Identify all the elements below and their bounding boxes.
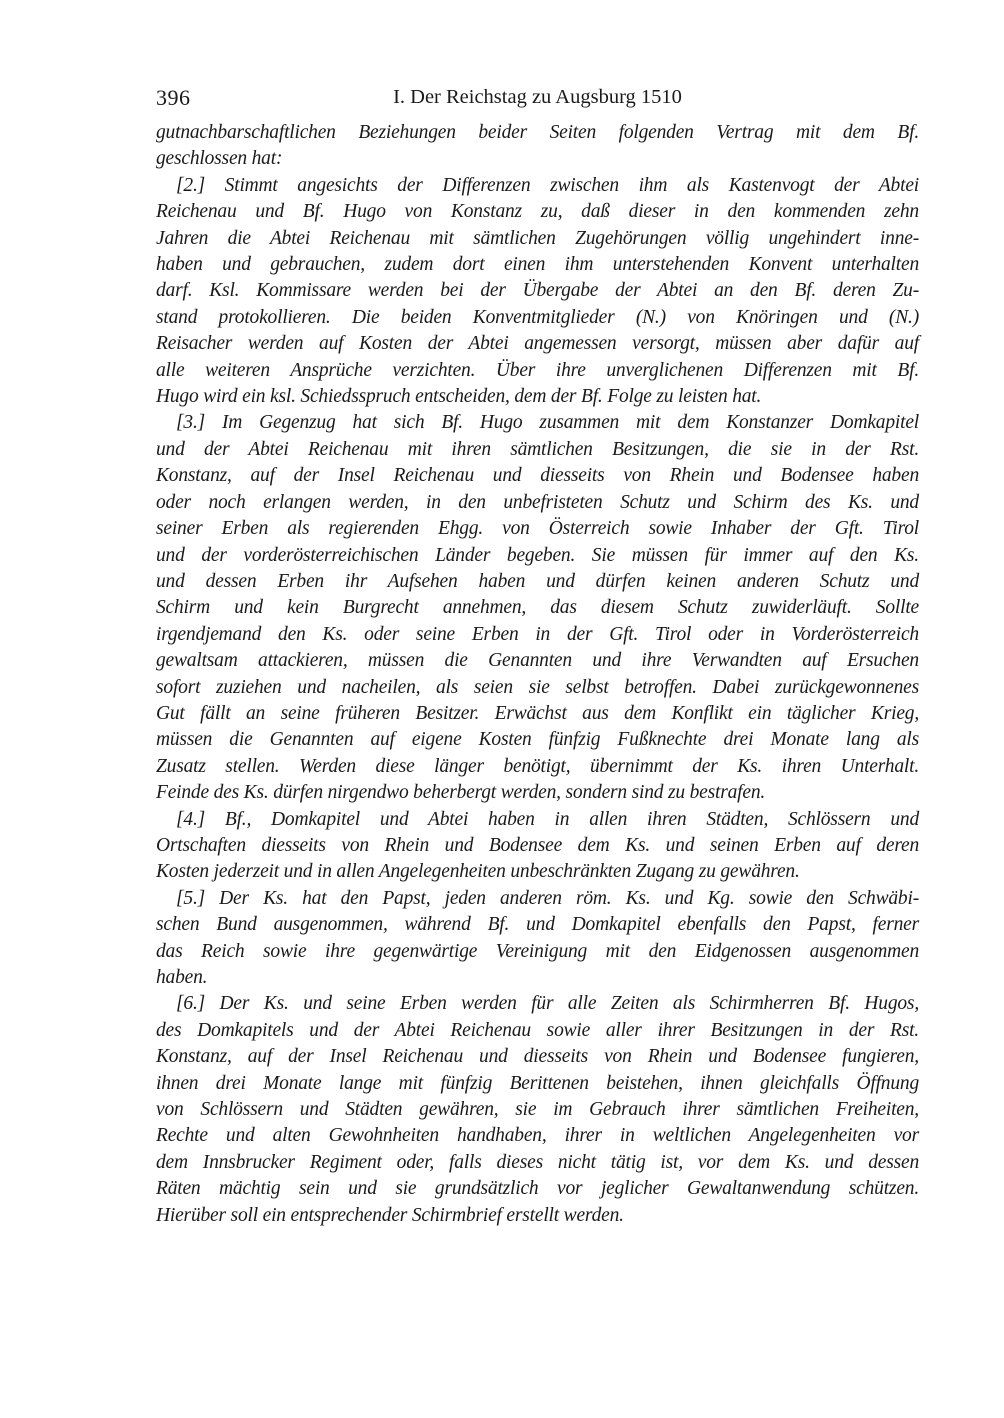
text-line: und der Abtei Reichenau mit ihren sämtli…	[156, 437, 919, 463]
page-number: 396	[156, 85, 191, 111]
paragraph: [6.] Der Ks. und seine Erben werden für …	[156, 991, 919, 1229]
text-line: Räten mächtig sein und sie grundsätzlich…	[156, 1176, 919, 1202]
text-line: [3.] Im Gegenzug hat sich Bf. Hugo zusam…	[156, 410, 919, 436]
text-line: haben und gebrauchen, zudem dort einen i…	[156, 252, 919, 278]
text-line: gutnachbarschaftlichen Beziehungen beide…	[156, 120, 919, 146]
text-line: schen Bund ausgenommen, während Bf. und …	[156, 912, 919, 938]
text-line: darf. Ksl. Kommissare werden bei der Übe…	[156, 278, 919, 304]
text-line: Reichenau und Bf. Hugo von Konstanz zu, …	[156, 199, 919, 225]
text-line: oder noch erlangen werden, in den unbefr…	[156, 490, 919, 516]
text-line: Konstanz, auf der Insel Reichenau und di…	[156, 463, 919, 489]
text-line: Gut fällt an seine früheren Besitzer. Er…	[156, 701, 919, 727]
paragraph: [4.] Bf., Domkapitel und Abtei haben in …	[156, 807, 919, 886]
text-line: des Domkapitels und der Abtei Reichenau …	[156, 1018, 919, 1044]
text-line: Schirm und kein Burgrecht annehmen, das …	[156, 595, 919, 621]
text-line: Kosten jederzeit und in allen Angelegenh…	[156, 859, 919, 885]
text-line: Ortschaften diesseits von Rhein und Bode…	[156, 833, 919, 859]
book-page: 396 I. Der Reichstag zu Augsburg 1510 gu…	[0, 0, 1004, 1418]
text-line: irgendjemand den Ks. oder seine Erben in…	[156, 622, 919, 648]
text-line: [4.] Bf., Domkapitel und Abtei haben in …	[156, 807, 919, 833]
text-line: sofort zuziehen und nacheilen, als seien…	[156, 675, 919, 701]
text-line: von Schlössern und Städten gewähren, sie…	[156, 1097, 919, 1123]
paragraph: [2.] Stimmt angesichts der Differenzen z…	[156, 173, 919, 411]
text-line: dem Innsbrucker Regiment oder, falls die…	[156, 1150, 919, 1176]
paragraph: [5.] Der Ks. hat den Papst, jeden andere…	[156, 886, 919, 992]
text-line: das Reich sowie ihre gegenwärtige Verein…	[156, 939, 919, 965]
paragraph: [3.] Im Gegenzug hat sich Bf. Hugo zusam…	[156, 410, 919, 806]
page-body: gutnachbarschaftlichen Beziehungen beide…	[156, 120, 919, 1229]
text-line: [5.] Der Ks. hat den Papst, jeden andere…	[156, 886, 919, 912]
text-line: müssen die Genannten auf eigene Kosten f…	[156, 727, 919, 753]
text-line: Zusatz stellen. Werden diese länger benö…	[156, 754, 919, 780]
text-line: stand protokollieren. Die beiden Konvent…	[156, 305, 919, 331]
text-line: alle weiteren Ansprüche verzichten. Über…	[156, 358, 919, 384]
text-line: haben.	[156, 965, 919, 991]
text-line: Hugo wird ein ksl. Schiedsspruch entsche…	[156, 384, 919, 410]
text-line: gewaltsam attackieren, müssen die Genann…	[156, 648, 919, 674]
text-line: [6.] Der Ks. und seine Erben werden für …	[156, 991, 919, 1017]
text-line: ihnen drei Monate lange mit fünfzig Beri…	[156, 1071, 919, 1097]
text-line: und der vorderösterreichischen Länder be…	[156, 543, 919, 569]
text-line: Feinde des Ks. dürfen nirgendwo beherber…	[156, 780, 919, 806]
text-line: Konstanz, auf der Insel Reichenau und di…	[156, 1044, 919, 1070]
running-head: I. Der Reichstag zu Augsburg 1510	[156, 85, 919, 109]
text-line: [2.] Stimmt angesichts der Differenzen z…	[156, 173, 919, 199]
page-header: 396 I. Der Reichstag zu Augsburg 1510	[156, 85, 919, 115]
text-line: Jahren die Abtei Reichenau mit sämtliche…	[156, 226, 919, 252]
text-line: Hierüber soll ein entsprechender Schirmb…	[156, 1203, 919, 1229]
text-line: seiner Erben als regierenden Ehgg. von Ö…	[156, 516, 919, 542]
text-line: geschlossen hat:	[156, 146, 919, 172]
text-line: Reisacher werden auf Kosten der Abtei an…	[156, 331, 919, 357]
paragraph: gutnachbarschaftlichen Beziehungen beide…	[156, 120, 919, 173]
text-line: Rechte und alten Gewohnheiten handhaben,…	[156, 1123, 919, 1149]
text-line: und dessen Erben ihr Aufsehen haben und …	[156, 569, 919, 595]
